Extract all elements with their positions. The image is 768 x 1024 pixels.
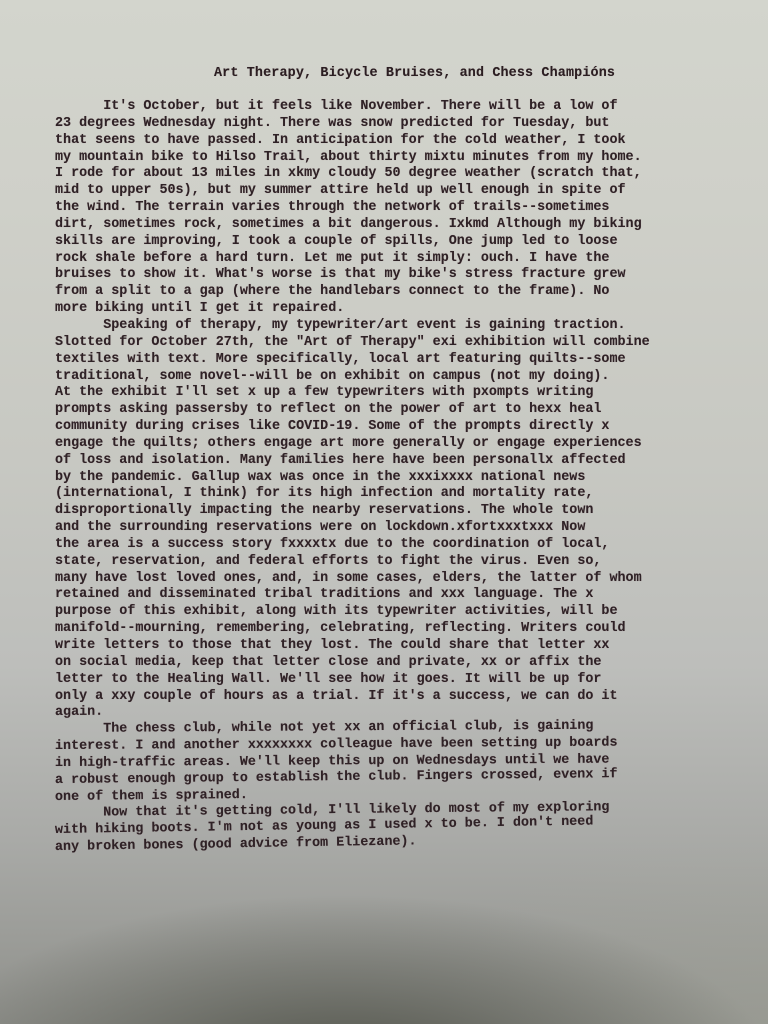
text-line: more biking until I get it repaired.: [55, 301, 745, 318]
text-line: traditional, some novel--will be on exhi…: [55, 369, 745, 386]
text-line: letter to the Healing Wall. We'll see ho…: [55, 672, 745, 689]
text-line: purpose of this exhibit, along with its …: [55, 604, 745, 621]
body-text: It's October, but it feels like November…: [55, 99, 745, 857]
text-line: disproportionally impacting the nearby r…: [55, 503, 745, 520]
text-line: the wind. The terrain varies through the…: [55, 200, 745, 217]
text-line: from a split to a gap (where the handleb…: [55, 284, 745, 301]
text-line: by the pandemic. Gallup wax was once in …: [55, 470, 745, 487]
text-line: retained and disseminated tribal traditi…: [55, 587, 745, 604]
text-line: community during crises like COVID-19. S…: [55, 419, 745, 436]
text-line: Speaking of therapy, my typewriter/art e…: [55, 318, 745, 335]
text-line: bruises to show it. What's worse is that…: [55, 267, 745, 284]
text-line: manifold--mourning, remembering, celebra…: [55, 621, 745, 638]
text-line: textiles with text. More specifically, l…: [55, 352, 745, 369]
text-line: of loss and isolation. Many families her…: [55, 453, 745, 470]
text-line: state, reservation, and federal efforts …: [55, 554, 745, 571]
text-line: on social media, keep that letter close …: [55, 655, 745, 672]
text-line: Slotted for October 27th, the "Art of Th…: [55, 335, 745, 352]
text-line: my mountain bike to Hilso Trail, about t…: [55, 150, 745, 167]
text-line: rock shale before a hard turn. Let me pu…: [55, 251, 745, 268]
text-line: that seens to have passed. In anticipati…: [55, 133, 745, 150]
text-line: skills are improving, I took a couple of…: [55, 234, 745, 251]
typewritten-page: Art Therapy, Bicycle Bruises, and Chess …: [0, 0, 768, 1024]
text-line: and the surrounding reservations were on…: [55, 520, 745, 537]
text-line: dirt, sometimes rock, sometimes a bit da…: [55, 217, 745, 234]
text-line: 23 degrees Wednesday night. There was sn…: [55, 116, 745, 133]
text-line: (international, I think) for its high in…: [55, 486, 745, 503]
text-line: engage the quilts; others engage art mor…: [55, 436, 745, 453]
text-line: the area is a success story fxxxxtx due …: [55, 537, 745, 554]
text-line: many have lost loved ones, and, in some …: [55, 571, 745, 588]
text-line: I rode for about 13 miles in xkmy cloudy…: [55, 166, 745, 183]
text-line: write letters to those that they lost. T…: [55, 638, 745, 655]
text-line: It's October, but it feels like November…: [55, 99, 745, 116]
text-line: mid to upper 50s), but my summer attire …: [55, 183, 745, 200]
text-line: prompts asking passersby to reflect on t…: [55, 402, 745, 419]
text-line: At the exhibit I'll set x up a few typew…: [55, 385, 745, 402]
page-title: Art Therapy, Bicycle Bruises, and Chess …: [214, 66, 615, 81]
